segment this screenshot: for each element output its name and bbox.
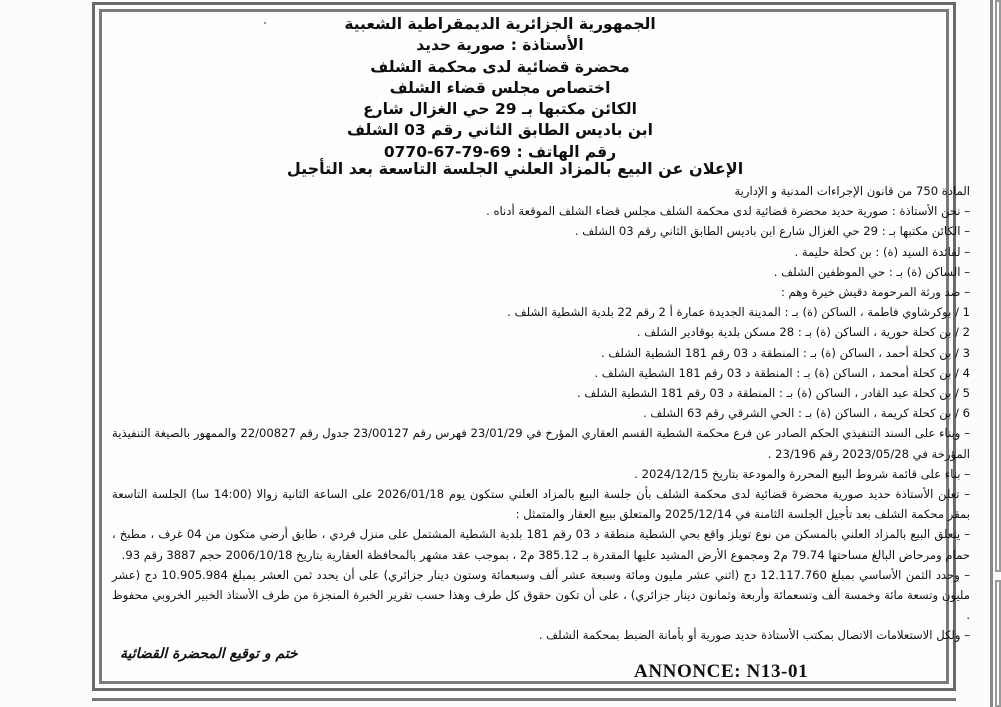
sale-conditions: – بناء على قائمة شروط البيع المحررة والم…: [112, 464, 970, 484]
heir-item: 5 / بن كحلة عبد القادر ، الساكن (ة) بـ :…: [112, 383, 970, 403]
base-price: – وحدد الثمن الأساسي بمبلغ 12.117.760 دج…: [112, 565, 970, 626]
bailiff-header: الجمهورية الجزائرية الديمقراطية الشعبية …: [250, 14, 750, 163]
page-margin-left: [0, 0, 92, 707]
heir-item: 3 / بن كحلة أحمد ، الساكن (ة) بـ : المنط…: [112, 343, 970, 363]
enforcement-title: – وبناء على السند التنفيذي الحكم الصادر …: [112, 423, 970, 463]
next-announcement-border: [92, 698, 956, 707]
auction-announcement: – تعلن الأستاذة حديد صورية محضرة قضائية …: [112, 484, 970, 524]
header-republic: الجمهورية الجزائرية الديمقراطية الشعبية: [250, 14, 750, 35]
beneficiary-residence: – الساكن (ة) بـ : حي الموظفين الشلف .: [112, 262, 970, 282]
adjacent-frame-bottom: [995, 580, 1001, 707]
beneficiary: – لفائدة السيد (ة) : بن كحلة حليمة .: [112, 242, 970, 262]
heir-item: 2 / بن كحلة حورية ، الساكن (ة) بـ : 28 م…: [112, 322, 970, 342]
property-description: – يتعلق البيع بالمزاد العلني بالمسكن من …: [112, 524, 970, 564]
heir-item: 4 / بن كحلة أمحمد ، الساكن (ة) بـ : المن…: [112, 363, 970, 383]
header-jurisdiction: اختصاص مجلس قضاء الشلف: [250, 78, 750, 99]
contact-info: – ولكل الاستعلامات الاتصال بمكتب الأستاذ…: [112, 625, 970, 645]
header-bailiff-name: الأستاذة : صورية حديد: [250, 35, 750, 56]
heir-item: 6 / بن كحلة كريمة ، الساكن (ة) بـ : الحي…: [112, 403, 970, 423]
scan-speck: [264, 22, 266, 24]
office-address: – الكائن مكتبها بـ : 29 حي الغزال شارع ا…: [112, 221, 970, 241]
bailiff-statement: – نحن الأستاذة : صورية حديد محضرة قضائية…: [112, 201, 970, 221]
against-heirs: – ضد ورثة المرحومة دقيش خيرة وهم :: [112, 282, 970, 302]
adjacent-frame-top: [995, 0, 1001, 572]
announcement-body: المادة 750 من قانون الإجراءات المدنية و …: [112, 181, 970, 646]
header-address-2: ابن باديس الطابق الثاني رقم 03 الشلف: [250, 120, 750, 141]
adjacent-column-border: [990, 0, 1001, 707]
announcement-number: ANNONCE: N13-01: [634, 661, 808, 683]
header-address-1: الكائن مكتبها بـ 29 حي الغزال شارع: [250, 99, 750, 120]
heir-item: 1 / بوكرشاوي فاطمة ، الساكن (ة) بـ : الم…: [112, 302, 970, 322]
seal-signature: ختم و توقيع المحضرة القضائية: [120, 646, 298, 662]
announcement-title: الإعلان عن البيع بالمزاد العلني الجلسة ا…: [270, 159, 760, 178]
article-reference: المادة 750 من قانون الإجراءات المدنية و …: [112, 181, 970, 201]
header-court: محضرة قضائية لدى محكمة الشلف: [250, 57, 750, 78]
